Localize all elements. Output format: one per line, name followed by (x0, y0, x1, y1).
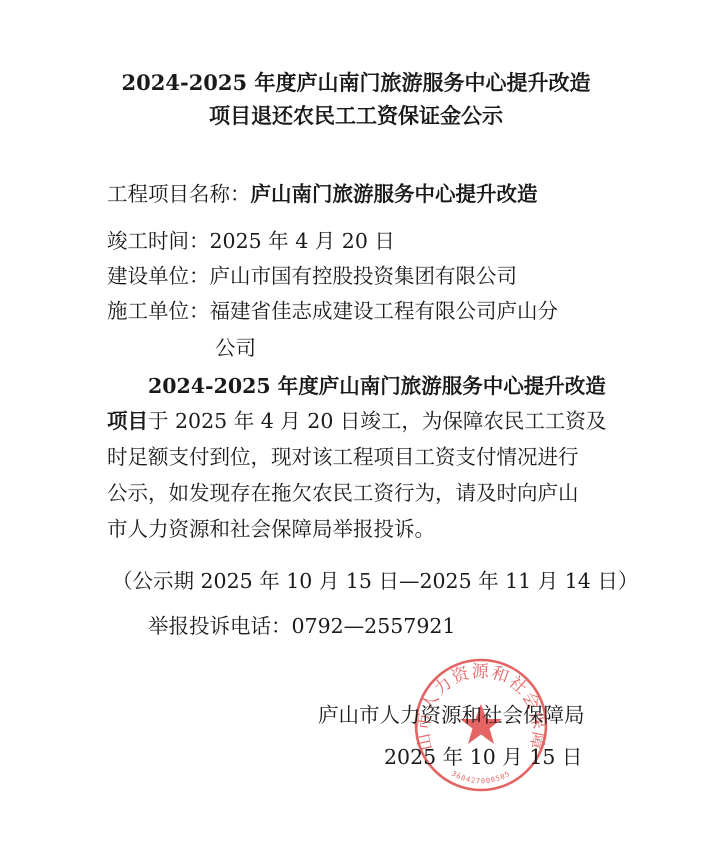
contractor-label: 施工单位： (107, 299, 210, 323)
contractor-row: 施工单位：福建省佳志成建设工程有限公司庐山分 (107, 298, 558, 324)
body-project-title: 年度庐山南门旅游服务中心提升改造 (271, 374, 606, 398)
contractor-value-1: 福建省佳志成建设工程有限公司庐山分 (210, 299, 559, 323)
hotline: 举报投诉电话：0792—2557921 (148, 613, 455, 639)
signature-organization: 庐山市人力资源和社会保障局 (318, 702, 585, 728)
body-line-2: 项目于 2025 年 4 月 20 日竣工，为保障农民工工资及 (107, 408, 606, 434)
title-year: 2024-2025 (122, 70, 248, 95)
svg-text:360427000505: 360427000505 (450, 770, 512, 786)
body-line-5: 市人力资源和社会保障局举报投诉。 (107, 516, 435, 542)
completion-label: 竣工时间： (107, 229, 210, 253)
body-project-word: 项目 (107, 409, 148, 433)
body-line-4: 公示，如发现存在拖欠农民工资行为，请及时向庐山 (107, 480, 579, 506)
builder-row: 建设单位：庐山市国有控股投资集团有限公司 (107, 263, 517, 289)
body-year: 2024-2025 (148, 374, 271, 398)
project-name-value: 庐山南门旅游服务中心提升改造 (251, 182, 538, 206)
body-line-3: 时足额支付到位，现对该工程项目工资支付情况进行 (107, 444, 579, 470)
title-line-2: 项目退还农民工工资保证金公示 (0, 103, 712, 129)
completion-row: 竣工时间：2025 年 4 月 20 日 (107, 228, 395, 254)
builder-value: 庐山市国有控股投资集团有限公司 (210, 264, 518, 288)
signature-date: 2025 年 10 月 15 日 (384, 744, 582, 770)
completion-value: 2025 年 4 月 20 日 (210, 229, 395, 253)
notice-period: （公示期 2025 年 10 月 15 日—2025 年 11 月 14 日） (112, 568, 638, 594)
body-line-1: 2024-2025 年度庐山南门旅游服务中心提升改造 (148, 373, 606, 399)
title-text: 年度庐山南门旅游服务中心提升改造 (247, 70, 590, 95)
title-line-1: 2024-2025 年度庐山南门旅游服务中心提升改造 (0, 70, 712, 96)
body-line-2-text: 于 2025 年 4 月 20 日竣工，为保障农民工工资及 (148, 409, 606, 433)
project-name-row: 工程项目名称：庐山南门旅游服务中心提升改造 (107, 181, 538, 207)
builder-label: 建设单位： (107, 264, 210, 288)
project-name-label: 工程项目名称： (107, 182, 251, 206)
contractor-value-2: 公司 (215, 335, 256, 361)
